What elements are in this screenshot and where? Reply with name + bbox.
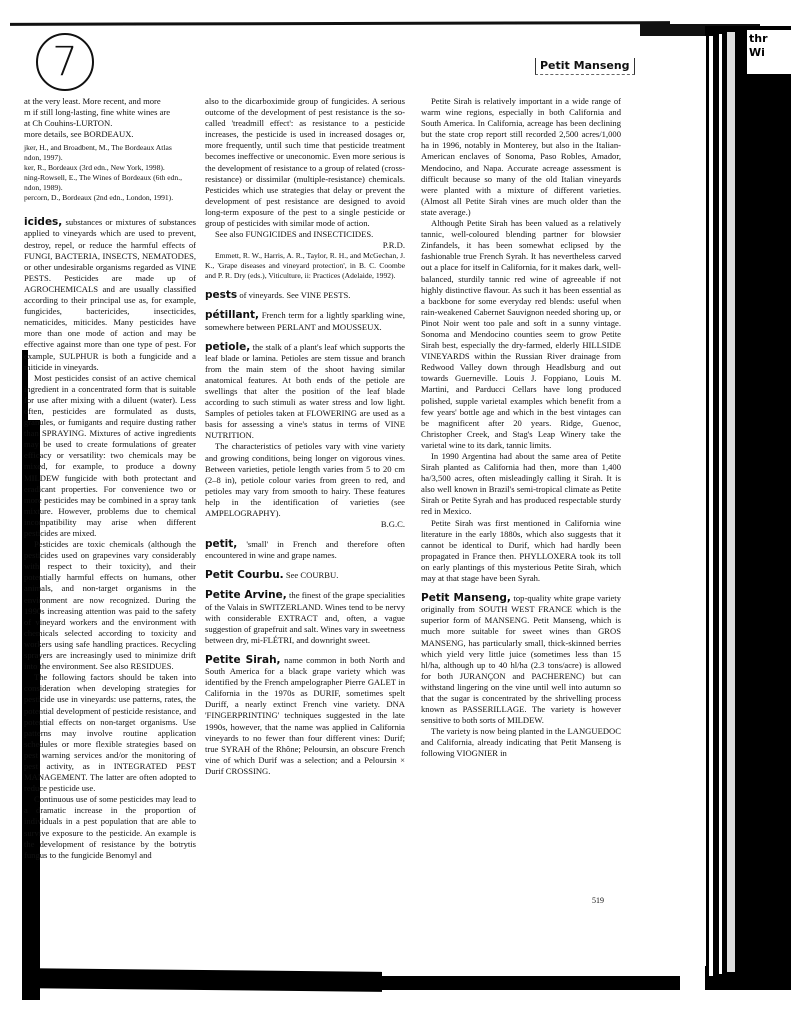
column-left: at the very least. More recent, and more… <box>24 96 196 861</box>
page-edge-strip <box>727 32 735 972</box>
cross-reference: more details, see BORDEAUX. <box>24 129 196 140</box>
entry-paragraph: The characteristics of petioles vary wit… <box>205 441 405 519</box>
entry-body: top-quality white grape variety original… <box>421 593 621 725</box>
bibliography-entry: Emmett, R. W., Harris, A. R., Taylor, R.… <box>205 251 405 281</box>
entry-headword: Petite Sirah, <box>205 654 281 666</box>
entry-paragraph: Petite Sirah was first mentioned in Cali… <box>421 518 621 585</box>
adjacent-page-text: thr <box>749 32 791 46</box>
author-initials: P.R.D. <box>373 240 405 251</box>
entry-body: See COURBU. <box>286 570 339 580</box>
right-page-edge-dark: thr Wi <box>705 26 791 990</box>
adjacent-page-text: Wi <box>749 46 791 60</box>
entry-headword: pétillant, <box>205 309 259 321</box>
entry-headword: petit, <box>205 538 237 550</box>
text-line: at the very least. More recent, and more <box>24 96 196 107</box>
entry-paragraph: Most pesticides consist of an active che… <box>24 373 196 539</box>
entry-headword: Petite Arvine, <box>205 589 287 601</box>
entry-petit-courbu: Petit Courbu. See COURBU. <box>205 570 405 581</box>
entry-body: the stalk of a plant's leaf which suppor… <box>205 342 405 441</box>
bibliography-entry: ning-Rowsell, E., The Wines of Bordeaux … <box>24 173 196 183</box>
running-head: Petit Manseng <box>535 58 635 75</box>
text-line: m if still long-lasting, fine white wine… <box>24 107 196 118</box>
adjacent-page-fragment: thr Wi <box>747 30 791 74</box>
bibliography: jker, H., and Broadbent, M., The Bordeau… <box>24 143 196 203</box>
entry-body: name common in both North and South Amer… <box>205 655 405 776</box>
entry-body: substances or mixtures of substances app… <box>24 217 196 371</box>
bottom-shadow <box>380 976 680 990</box>
column-right: Petite Sirah is relatively important in … <box>421 96 621 760</box>
entry-pesticides: icides, substances or mixtures of substa… <box>24 217 196 372</box>
entry-body: of vineyards. See VINE PESTS. <box>239 290 350 300</box>
bibliography-entry: ndon, 1989). <box>24 183 196 193</box>
entry-petit: petit, 'small' in French and therefore o… <box>205 539 405 561</box>
entry-headword: pests <box>205 289 237 301</box>
see-also: See also FUNGICIDES and INSECTICIDES. P.… <box>205 229 405 240</box>
entry-paragraph: In 1990 Argentina had about the same are… <box>421 451 621 518</box>
page-edge-strip <box>719 34 722 974</box>
entry-paragraph: Petite Sirah is relatively important in … <box>421 96 621 218</box>
author-initials: B.G.C. <box>205 519 405 530</box>
entry-paragraph: Although Petite Sirah has been valued as… <box>421 218 621 451</box>
bottom-shadow <box>22 968 382 992</box>
entry-headword: Petit Manseng, <box>421 592 511 604</box>
entry-headword: Petit Courbu. <box>205 569 284 581</box>
page-edge-strip <box>709 36 713 976</box>
entry-paragraph: The following factors should be taken in… <box>24 672 196 794</box>
text-line: at Ch Couhins-LURTON. <box>24 118 196 129</box>
handwritten-page-number: 7 <box>36 33 94 91</box>
entry-petiole: petiole, the stalk of a plant's leaf whi… <box>205 342 405 442</box>
entry-paragraph: also to the dicarboximide group of fungi… <box>205 96 405 229</box>
entry-petite-sirah: Petite Sirah, name common in both North … <box>205 655 405 777</box>
entry-petit-manseng: Petit Manseng, top-quality white grape v… <box>421 593 621 726</box>
bibliography-entry: ndon, 1997). <box>24 153 196 163</box>
entry-paragraph: Continuous use of some pesticides may le… <box>24 794 196 861</box>
entry-headword: icides, <box>24 216 62 228</box>
bibliography-entry: ker, R., Bordeaux (3rd edn., New York, 1… <box>24 163 196 173</box>
page-number: 519 <box>592 896 604 905</box>
bibliography-entry: jker, H., and Broadbent, M., The Bordeau… <box>24 143 196 153</box>
see-also-text: See also FUNGICIDES and INSECTICIDES. <box>215 229 373 239</box>
right-margin <box>672 36 706 966</box>
bibliography-entry: percorn, D., Bordeaux (2nd edn., London,… <box>24 193 196 203</box>
entry-petite-arvine: Petite Arvine, the finest of the grape s… <box>205 590 405 645</box>
column-middle: also to the dicarboximide group of fungi… <box>205 96 405 777</box>
entry-paragraph: The variety is now being planted in the … <box>421 726 621 759</box>
entry-headword: petiole, <box>205 341 250 353</box>
entry-pests: pests of vineyards. See VINE PESTS. <box>205 290 405 301</box>
entry-paragraph: Pesticides are toxic chemicals (although… <box>24 539 196 672</box>
entry-petillant: pétillant, French term for a lightly spa… <box>205 310 405 332</box>
top-rule <box>10 21 670 26</box>
